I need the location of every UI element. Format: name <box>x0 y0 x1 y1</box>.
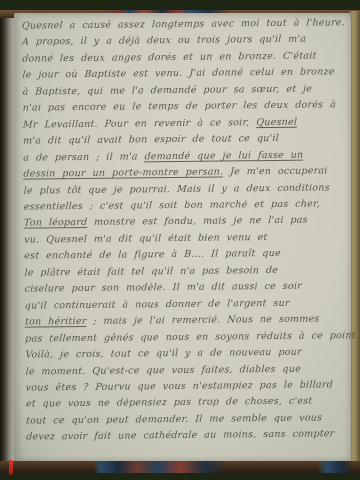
underlined-phrase: Quesnel <box>256 116 298 127</box>
text-segment: Je m'en occuperai <box>223 165 328 177</box>
text-segment: qu'il continuerait à nous donner de l'ar… <box>24 298 290 312</box>
text-segment: à Baptiste, qui me l'a demandé pour sa s… <box>22 83 312 97</box>
red-bookmark-ribbon <box>9 460 14 475</box>
text-segment: Mr Levaillant. Pour en revenir à ce soir… <box>23 117 257 130</box>
text-segment: n'ai pas encore eu le temps de porter le… <box>22 100 336 114</box>
text-segment: essentielles ; c'est qu'il soit bon marc… <box>23 198 320 212</box>
text-segment: pas tellement gênés que nous en soyons r… <box>25 330 360 345</box>
text-segment: Voilà, je crois, tout ce qu'il y a de no… <box>25 347 302 361</box>
text-segment: ; mais je l'ai remercié. Nous ne sommes <box>86 314 320 327</box>
manuscript-photo: Quesnel a causé assez longtemps avec moi… <box>0 0 360 480</box>
manuscript-lines: Quesnel a causé assez longtemps avec moi… <box>22 15 332 446</box>
text-segment: le jour où Baptiste est venu. J'ai donné… <box>22 67 335 81</box>
underlined-phrase: Ton léopard <box>24 217 88 229</box>
text-segment: devez avoir fait une cathédrale au moins… <box>26 429 335 443</box>
text-segment: ciselure pour son modèle. Il m'a dit aus… <box>24 281 302 295</box>
text-segment: tout ce qu'on peut demander. Il me sembl… <box>26 412 323 426</box>
text-segment: monstre est fondu, mais je ne l'ai pas <box>87 215 308 228</box>
text-segment: est enchanté de la figure à B.... Il par… <box>24 248 281 262</box>
book-bottom-marbled-edge <box>0 461 360 473</box>
text-segment: donné les deux anges dorés et un en bron… <box>22 50 317 64</box>
text-segment: le plus tôt que je pourrai. Mais il y a … <box>23 182 330 196</box>
underlined-phrase: dessin pour un porte-montre persan. <box>23 167 224 180</box>
text-segment: le plâtre était fait tel qu'il n'a pas b… <box>24 265 278 279</box>
text-segment: Quesnel a causé assez longtemps avec moi… <box>22 17 346 31</box>
text-segment: A propos, il y a déjà deux ou trois jour… <box>22 34 307 48</box>
underlined-phrase: ton héritier <box>25 316 87 328</box>
underlined-phrase: demandé que je lui fasse un <box>144 149 304 162</box>
manuscript-line: devez avoir fait une cathédrale au moins… <box>26 427 333 447</box>
text-segment: vu. Quesnel m'a dit qu'il était bien ven… <box>24 232 268 246</box>
text-segment: et que vous ne dépensiez pas trop de cho… <box>26 396 313 410</box>
text-segment: m'a dit qu'il avait bon espoir de tout c… <box>23 133 280 147</box>
text-segment: le moment. Qu'est-ce que vous faites, di… <box>25 363 301 377</box>
text-segment: a de persan ; il m'a <box>23 151 145 163</box>
text-segment: vous êtes ? Pourvu que vous n'estampiez … <box>25 379 333 393</box>
